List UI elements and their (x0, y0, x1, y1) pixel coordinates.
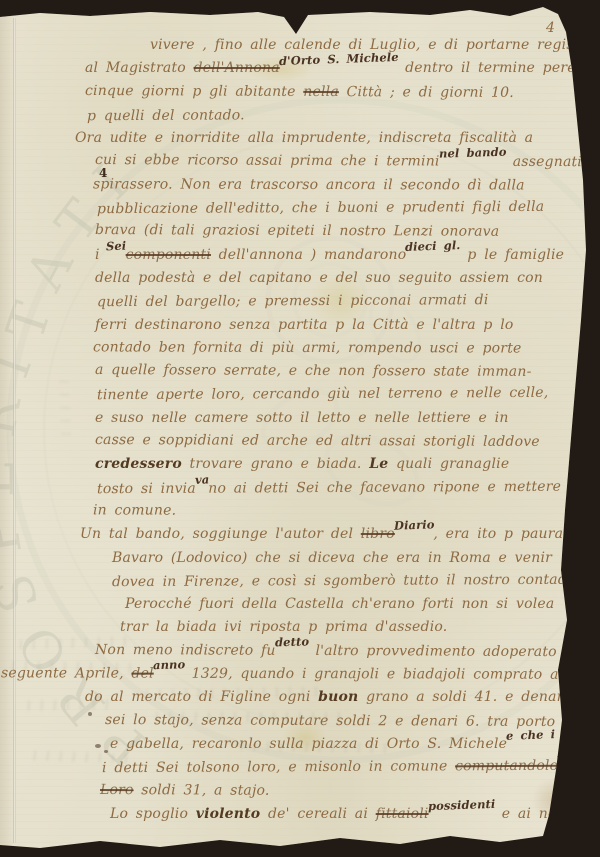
struck-word: Loro (100, 782, 134, 798)
manuscript-line: al Magistrato dell'Annonad'Orto S. Miche… (85, 57, 555, 80)
handwriting-text: assegnati (505, 154, 582, 170)
manuscript-line: credessero trovare grano e biada. Le qua… (95, 453, 555, 476)
manuscript-line: a quelle fossero serrate, e che non foss… (95, 359, 555, 384)
handwriting-text: Bavaro (Lodovico) che si diceva che era … (112, 550, 552, 566)
manuscript-paper-sheet: PROSPERITATI 4 4 vivere , fino alle cale… (0, 0, 600, 857)
manuscript-line: della podestà e del capitano e del suo s… (95, 267, 555, 290)
handwriting-text: quelli del bargello; e premessi i piccon… (97, 292, 489, 310)
handwriting-text: seguente Aprile, (1, 665, 131, 681)
ink-bleedthrough (59, 375, 71, 435)
handwriting-text: no ai detti Sei che facevano ripone e me… (208, 478, 561, 496)
interlinear-insertion: e che i (506, 723, 556, 748)
manuscript-line: brava (di tali graziosi epiteti il nostr… (95, 219, 555, 244)
handwriting-text: do al mercato di Figline ogni (85, 689, 318, 705)
handwriting-text: 1329, quando i granajoli e biadajoli com… (184, 666, 589, 683)
handwriting-text: quali granaglie (388, 456, 509, 472)
handwriting-text: pubblicazione dell'editto, che i buoni e… (97, 199, 544, 217)
handwriting-text: de' cereali ai (260, 806, 375, 822)
manuscript-line: e gabella, recaronlo sulla piazza di Ort… (110, 733, 555, 756)
manuscript-lines: vivere , fino alle calende di Luglio, e … (95, 34, 555, 826)
handwriting-text: a quelle fossero serrate, e che non foss… (95, 362, 532, 380)
interlinear-insertion: va (194, 468, 209, 492)
handwriting-text: dell'annona ) mandarono (211, 247, 406, 263)
handwriting-text: al Magistrato (85, 60, 194, 76)
interlinear-insertion: Sei (106, 234, 127, 258)
manuscript-line: pubblicazione dell'editto, che i buoni e… (97, 196, 557, 222)
handwriting-text: Un tal bando, soggiunge l'autor del (80, 526, 361, 542)
manuscript-line: Bavaro (Lodovico) che si diceva che era … (112, 547, 555, 570)
handwriting-text: Lo spoglio (110, 806, 196, 822)
dark-ink-word: violento (196, 806, 261, 822)
handwriting-text: i detti Sei tolsono loro, e misonlo in c… (102, 759, 455, 777)
struck-word: libro (361, 526, 395, 542)
manuscript-line: sei lo stajo, senza computare soldi 2 e … (105, 709, 555, 734)
interlinear-insertion: anno (152, 653, 185, 677)
interlinear-insertion: dieci gl. (405, 234, 461, 259)
manuscript-line: cinque giorni p gli abitante nella Città… (85, 80, 555, 105)
handwriting-text: Città ; e di giorni 10. (339, 84, 514, 101)
handwriting-text: tosto si invia (97, 480, 196, 497)
handwriting-text: e gabella, recaronlo sulla piazza di Ort… (110, 736, 507, 752)
handwriting-text: p quelli del contado. (87, 107, 245, 124)
manuscript-line: in comune. (93, 499, 553, 524)
handwriting-text: cui si ebbe ricorso assai prima che i te… (95, 152, 440, 170)
manuscript-line: spirassero. Non era trascorso ancora il … (93, 173, 553, 198)
manuscript-line: p quelli del contado. (87, 103, 557, 129)
struck-word: computandolo (455, 758, 558, 775)
manuscript-line: i Seicomponenti dell'annona ) mandaronod… (95, 244, 555, 267)
handwriting-text: ferri destinarono senza partita p la Cit… (95, 317, 514, 333)
manuscript-line: do al mercato di Figline ogni buon grano… (85, 686, 555, 709)
handwriting-text: cinque giorni p gli abitante (85, 83, 303, 100)
handwriting-text: in comune. (93, 502, 176, 518)
interlinear-insertion: Diario (393, 514, 434, 539)
interlinear-insertion: valutandolo (557, 744, 600, 770)
interlinear-insertion: d'Orto S. Michele (278, 46, 398, 73)
manuscript-line: tinente aperte loro, cercando giù nel te… (97, 382, 557, 408)
ink-speck (88, 712, 92, 716)
manuscript-line: Un tal bando, soggiunge l'autor del libr… (80, 523, 555, 546)
handwriting-text: tinente aperte loro, cercando giù nel te… (97, 385, 548, 403)
handwriting-text: spirassero. Non era trascorso ancora il … (93, 176, 525, 193)
handwriting-text: l'altro provvedimento adoperato il 18. (308, 643, 600, 660)
handwriting-text: grano a soldi 41. e denari (358, 689, 568, 705)
manuscript-line: cui si ebbe ricorso assai prima che i te… (95, 149, 555, 174)
dark-ink-word: credessero (95, 456, 182, 472)
handwriting-text: della podestà e del capitano e del suo s… (95, 270, 543, 286)
manuscript-line: contado ben fornita di più armi, rompend… (93, 336, 553, 361)
manuscript-line: Perocché fuori della Castella ch'erano f… (125, 593, 555, 616)
handwriting-text: Perocché fuori della Castella ch'erano f… (125, 596, 554, 612)
struck-word: componenti (126, 247, 211, 263)
manuscript-line: ferri destinarono senza partita p la Cit… (95, 314, 555, 337)
manuscript-line: Lo spoglio violento de' cereali ai fitta… (110, 803, 555, 826)
handwriting-text: dentro il termine perentorio di (397, 60, 600, 76)
handwriting-text: p le famiglie (460, 247, 564, 263)
dark-ink-word: buon (318, 689, 358, 705)
paper-fold-crease (13, 18, 16, 843)
handwriting-text: trovare grano e biada. (182, 456, 369, 472)
manuscript-line: trar la biada ivi riposta p prima d'asse… (120, 616, 555, 639)
struck-word: dell'Annona (194, 60, 280, 76)
dark-ink-word: Le (369, 456, 388, 472)
interlinear-insertion: nel bando (438, 141, 506, 166)
interlinear-insertion: detto (274, 630, 309, 654)
handwriting-text: , era ito p paura di (433, 526, 584, 542)
manuscript-line: tosto si inviavano ai detti Sei che face… (97, 475, 557, 501)
handwriting-text: contado ben fornita di più armi, rompend… (93, 339, 522, 356)
manuscript-line: casse e soppidiani ed arche ed altri ass… (95, 429, 555, 454)
handwriting-text: sei lo stajo, senza computare soldi 2 e … (105, 712, 555, 730)
manuscript-line: e suso nelle camere sotto il letto e nel… (95, 407, 555, 430)
manuscript-line: seguente Aprile, delanno 1329, quando i … (1, 662, 553, 687)
manuscript-line: i detti Sei tolsono loro, e misonlo in c… (102, 755, 557, 781)
handwriting-text: Non meno indiscreto fu (95, 642, 276, 659)
manuscript-line: quelli del bargello; e premessi i piccon… (97, 289, 557, 315)
handwriting-text: e ai negozianti (494, 806, 600, 822)
struck-word: fittaioli (376, 806, 429, 822)
handwriting-text: e suso nelle camere sotto il letto e nel… (95, 410, 509, 426)
interlinear-insertion: possidenti (427, 793, 495, 819)
handwriting-text: soldi 31, a stajo. (134, 782, 270, 799)
struck-word: del (131, 666, 153, 682)
manuscript-line: dovea in Firenze, e così si sgomberò tut… (112, 569, 557, 595)
handwriting-text: casse e soppidiani ed arche ed altri ass… (95, 432, 540, 450)
struck-word: nella (303, 84, 339, 100)
handwriting-text: dovea in Firenze, e così si sgomberò tut… (112, 572, 580, 590)
